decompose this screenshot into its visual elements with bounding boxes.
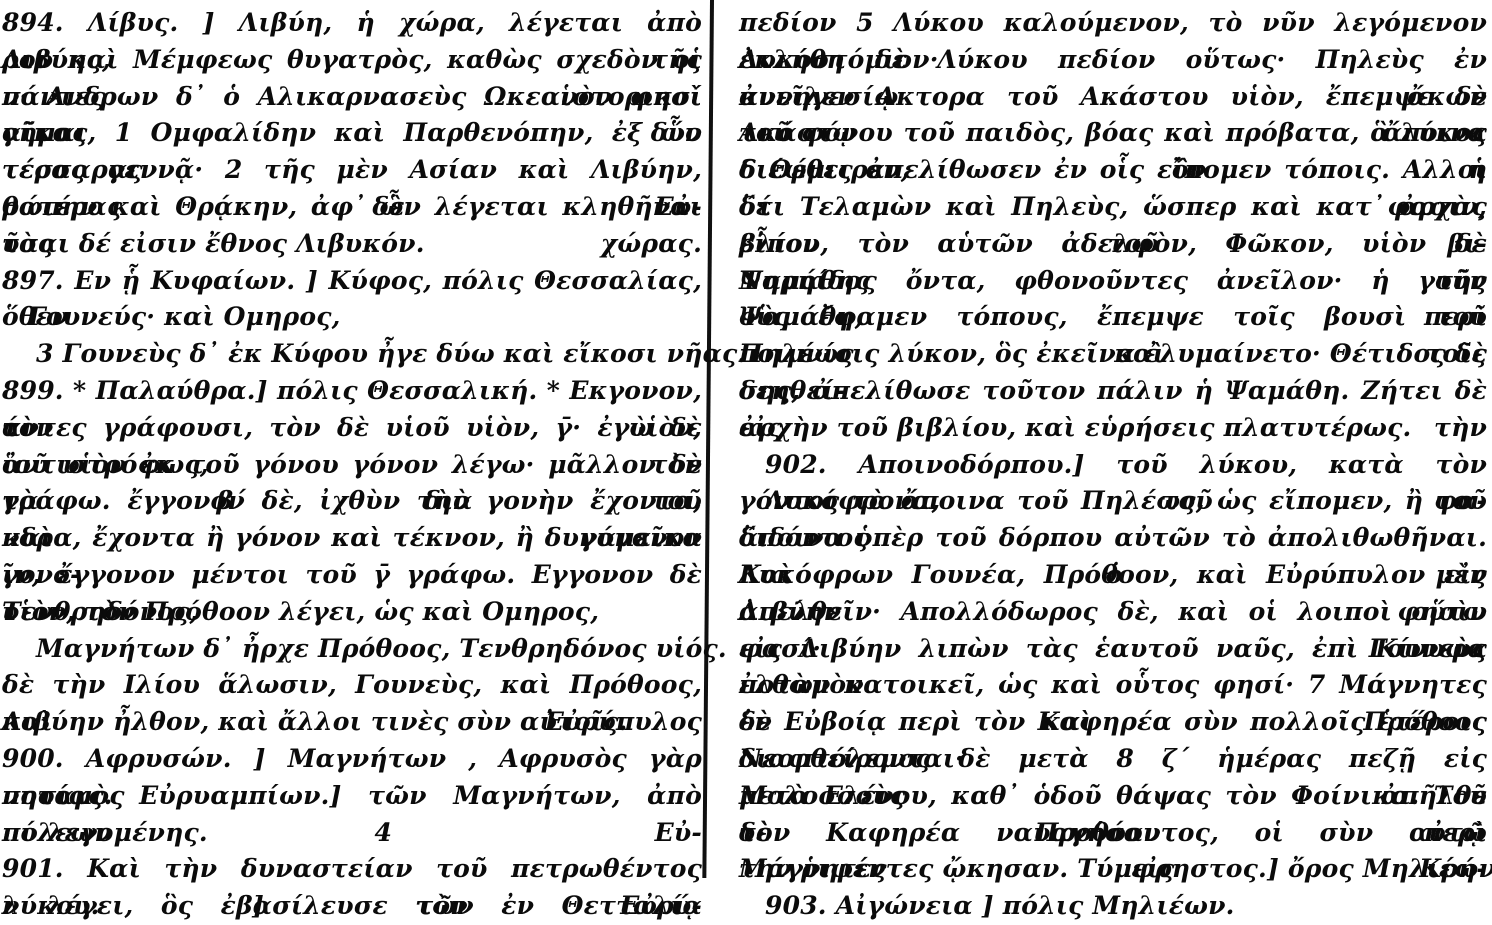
text-line: ὅτι Τελαμὼν καὶ Πηλεὺς, ὥσπερ καὶ κατ᾽ ἀ… (739, 189, 1487, 226)
text-line: Λυκόφρων Γουνέα, Πρόθοον, καὶ Εὐρύπυλον … (739, 557, 1487, 594)
text-line: δὲ τὴν Ιλίου ἅλωσιν, Γουνεὺς, καὶ Πρόθοο… (2, 667, 702, 704)
text-line: αῖκας, 1 Ομφαλίδην καὶ Παρθενόπην, ἐξ ὧν… (2, 115, 702, 152)
text-line: ἐλθὼν κατοικεῖ, ὡς καὶ οὗτος φησί· 7 Μάγ… (739, 667, 1487, 704)
text-line: Γουνεύς· καὶ Ομηρος, (2, 299, 702, 336)
text-line: ν λέγει, ὃς ἐβασίλευσε τῶν ἐν Θετταλίᾳ τ… (2, 888, 702, 925)
text-line: σης, ἀπελίθωσε τοῦτον πάλιν ἡ Ψαμάθη. Ζή… (739, 373, 1487, 410)
text-line: 899. * Παλαύθρα.] πόλις Θεσσαλική. * Εκγ… (2, 373, 702, 410)
text-line: Μαγνήτων δ᾽ ἦρχε Πρόθοος, Τενθρηδόνος υἱ… (2, 631, 702, 668)
text-line: Νηρηίδος ὄντα, φθονοῦντες ἀνεῖλον· ἡ γοῦ… (739, 263, 1487, 300)
text-line: ποιμνίοις λύκον, ὃς ἐκεῖνα ἐλυμαίνετο· Θ… (739, 336, 1487, 373)
text-line: 903. Αἰγώνεια ] πόλις Μηλιέων. (739, 888, 1487, 925)
left-column: 894. Λίβυς. ] Λιβύη, ἡ χώρα, λέγεται ἀπὸ… (2, 5, 702, 925)
text-line: 897. Εν ᾗ Κυφαίων. ] Κύφος, πόλις Θεσσαλ… (2, 263, 702, 300)
text-line: ἄποινα ὑπὲρ τοῦ δόρπου αὐτῶν τὸ ἀπολιθωθ… (739, 520, 1487, 557)
text-line: τὸν Καφηρέα ναυαγήσαντος, οἱ σὺν αὐτῷ Μά… (739, 815, 1487, 852)
text-line: ἐν Εὐβοίᾳ περὶ τὸν Καφηρέα σὺν πολλοῖς ἑ… (739, 704, 1487, 741)
text-line: γράφω. ἔγγονον δὲ, ἰχθὺν τὴν γονὴν ἔχοντ… (2, 483, 702, 520)
text-line: γόντος τὰ ἄποινα τοῦ Πηλέως, ὡς εἴπομεν,… (739, 483, 1487, 520)
text-line: ν· Ανδρων δ᾽ ὁ Αλικαρνασεὺς Ωκεανὸν φησὶ… (2, 79, 702, 116)
text-line: νδρα, ἔχοντα ἢ γόνον καὶ τέκνον, ἢ δυνάμ… (2, 520, 702, 557)
text-line: 900. Αφρυσών. ] Μαγνήτων , Αφρυσὸς γὰρ π… (2, 741, 702, 778)
text-line: ἀνεῖλεν Ακτορα τοῦ Ακάστου υἱὸν, ἔπεμψε … (739, 79, 1487, 116)
column-divider-rule (702, 0, 713, 878)
text-line: άντες γράφουσι, τὸν δὲ υἱοῦ υἱὸν, γ̄· ἐγ… (2, 410, 702, 447)
text-line: 901. Καὶ τὴν δυναστείαν τοῦ πετρωθέντος … (2, 851, 702, 888)
text-line: ρώπην καὶ Θρᾴκην, ἀφ᾽ ὧν λέγεται κληθῆνα… (2, 189, 702, 226)
text-line: ἱοῦ υἱὸν ἐκ τοῦ γόνου γόνον λέγω· μᾶλλον… (2, 447, 702, 484)
text-line: νησίας. Εὐρυαμπίων.] τῶν Μαγνήτων, ἀπὸ π… (2, 778, 702, 815)
text-line: βλίου, τὸν αὑτῶν ἀδελφὸν, Φῶκον, υἱὸν δὲ… (739, 226, 1487, 263)
text-line: πεδίον 5 Λύκου καλούμενον, τὸ νῦν λεγόμε… (739, 5, 1487, 42)
text-line: την ῥιφέντες ᾤκησαν. Τύμφρηστος.] ὄρος Μ… (739, 851, 1487, 888)
text-line: 3 Γουνεὺς δ᾽ ἐκ Κύφου ἦγε δύω καὶ εἴκοσι… (2, 336, 702, 373)
text-line: ρου καὶ Μέμφεως θυγατρὸς, καθὼς σχεδὸν ο… (2, 42, 702, 79)
text-line: Λιβύην ἦλθον, καὶ ἄλλοι τινὲς σὺν αὐτοῖς… (2, 704, 702, 741)
text-line: υἱὸν, τὸν Πρόθοον λέγει, ὡς καὶ Ομηρος, (2, 594, 702, 631)
text-line: ἀπελθεῖν· Απολλόδωρος δὲ, καὶ οἱ λοιποὶ … (739, 594, 1487, 631)
text-line: μετὰ Ελένου, καθ᾽ ὁδοῦ θάψας τὸν Φοίνικα… (739, 778, 1487, 815)
text-line: 6 Θέμις ἀπελίθωσεν ἐν οἷς εἴπομεν τόποις… (739, 152, 1487, 189)
text-line: ἀρχὴν τοῦ βιβλίου, καὶ εὑρήσεις πλατυτέρ… (739, 410, 1487, 447)
text-line: 902. Αποινοδόρπου.] τοῦ λύκου, κατὰ τὸν … (739, 447, 1487, 484)
text-line: Νεοπτόλεμος δὲ μετὰ 8 ζ´ ἡμέρας πεζῇ εἰς… (739, 741, 1487, 778)
text-line: τοῦ φόνου τοῦ παιδὸς, βόας καὶ πρόβατα, … (739, 115, 1487, 152)
text-line: τέρας γεννᾷ· 2 τῆς μὲν Ασίαν καὶ Λιβύην,… (2, 152, 702, 189)
text-line: ῖν, ἔγγονον μέντοι τοῦ γ̄ γράφω. Εγγονον… (2, 557, 702, 594)
text-line: ἐκλήθη δὲ Λύκου πεδίον οὕτως· Πηλεὺς ἐν … (739, 42, 1487, 79)
text-line: 894. Λίβυς. ] Λιβύη, ἡ χώρα, λέγεται ἀπὸ… (2, 5, 702, 42)
text-line: εἰς Λιβύην λιπὼν τὰς ἑαυτοῦ ναῦς, ἐπὶ Κί… (739, 631, 1487, 668)
page-scan: 894. Λίβυς. ] Λιβύη, ἡ χώρα, λέγεται ἀπὸ… (0, 0, 1492, 925)
text-line: οὓς ἔφαμεν τόπους, ἔπεμψε τοῖς βουσὶ τοῦ… (739, 299, 1487, 336)
right-column: πεδίον 5 Λύκου καλούμενον, τὸ νῦν λεγόμε… (739, 5, 1487, 925)
